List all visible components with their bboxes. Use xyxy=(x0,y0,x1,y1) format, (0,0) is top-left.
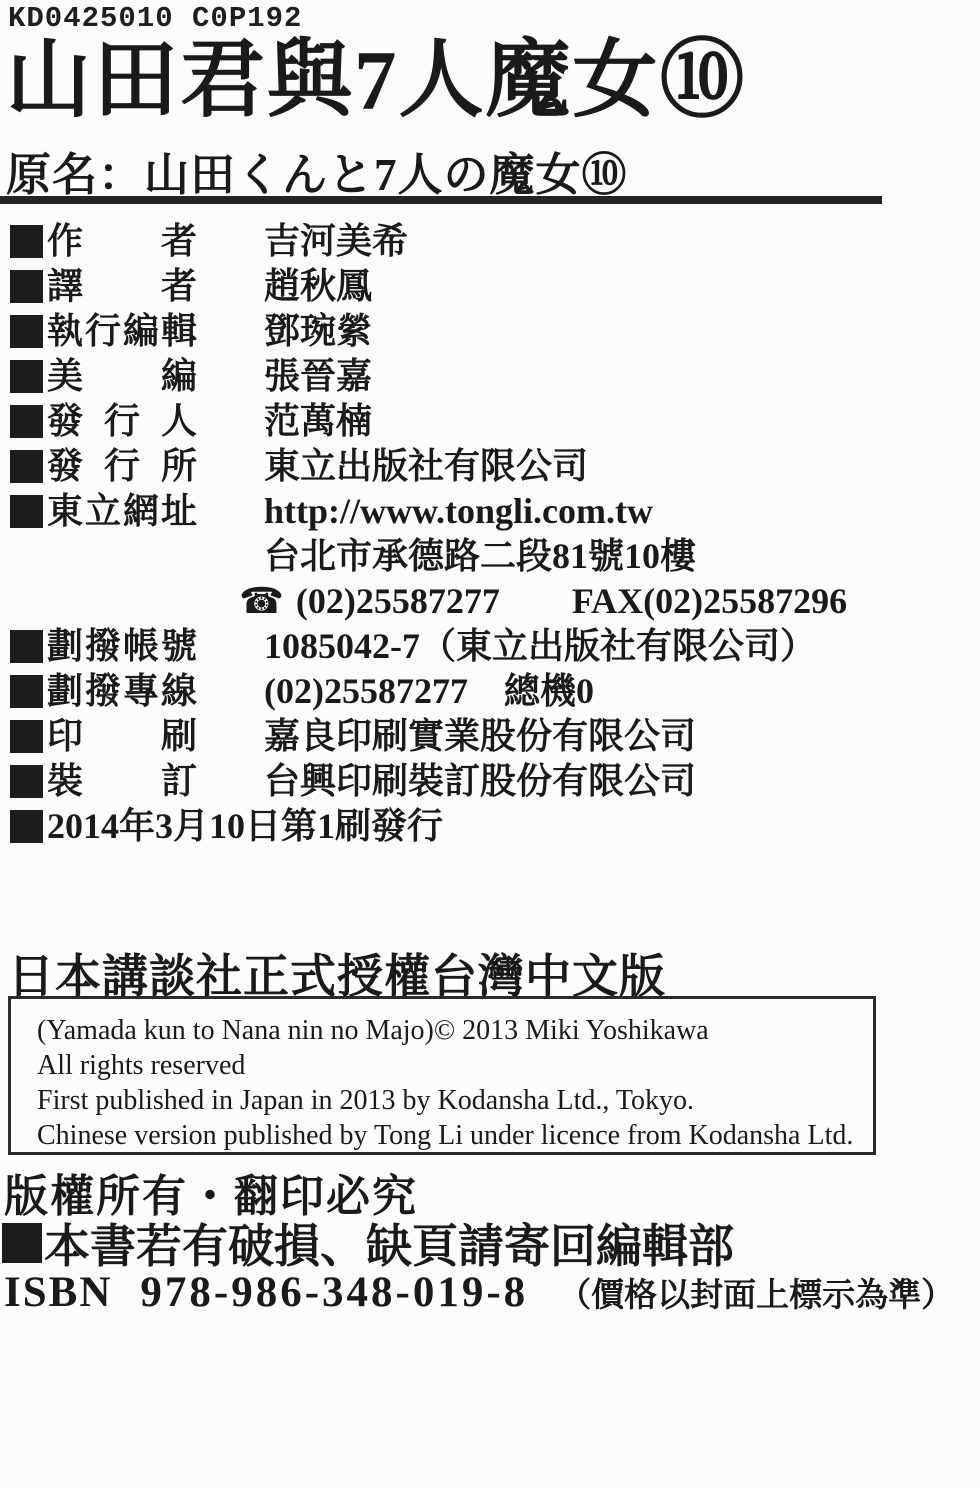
colophon-row-label: 作者 xyxy=(47,219,197,264)
colophon-row: 台北市承德路二段81號10樓 xyxy=(0,534,980,579)
colophon-row: 劃撥帳號 1085042-7（東立出版社有限公司） xyxy=(0,624,980,669)
black-square-bullet xyxy=(10,270,43,303)
black-square-bullet xyxy=(10,675,43,708)
black-square-bullet xyxy=(10,720,43,753)
return-notice-text: 本書若有破損、缺頁請寄回編輯部 xyxy=(44,1210,734,1276)
original-title: 原名：山田くんと7人の魔女⑩ xyxy=(6,138,628,203)
colophon-row-value: 趙秋鳳 xyxy=(264,264,372,309)
copyright-line: (Yamada kun to Nana nin no Majo)© 2013 M… xyxy=(37,1013,873,1048)
colophon-row: 印刷 嘉良印刷實業股份有限公司 xyxy=(0,714,980,759)
colophon-row-value-wrap: 范萬楠 xyxy=(264,399,372,444)
isbn-number: 978-986-348-019-8 xyxy=(140,1268,528,1317)
colophon-row: 東立網址 http://www.tongli.com.tw xyxy=(0,489,980,534)
title-divider xyxy=(0,196,882,204)
telephone-icon: ☎ xyxy=(239,584,284,620)
black-square-bullet xyxy=(10,360,43,393)
black-square-bullet xyxy=(10,630,43,663)
colophon-row: 執行編輯 鄧琬縈 xyxy=(0,309,980,354)
colophon-row-value-wrap: ☎ (02)25587277 FAX(02)25587296 xyxy=(239,579,847,624)
colophon-row-value: 嘉良印刷實業股份有限公司 xyxy=(264,714,696,759)
colophon-row-value: 張晉嘉 xyxy=(264,354,372,399)
copyright-box: (Yamada kun to Nana nin no Majo)© 2013 M… xyxy=(8,996,876,1155)
black-square-bullet xyxy=(10,450,43,483)
black-square-bullet xyxy=(2,1223,42,1263)
colophon-row-value: 台興印刷裝訂股份有限公司 xyxy=(264,759,696,804)
colophon-row-label: 東立網址 xyxy=(47,489,197,534)
colophon-row-value-wrap: 1085042-7（東立出版社有限公司） xyxy=(264,624,816,669)
colophon-row-value-wrap: 台北市承德路二段81號10樓 xyxy=(264,534,696,579)
colophon-row-value: http://www.tongli.com.tw xyxy=(264,489,653,534)
colophon-row-value-wrap: 趙秋鳳 xyxy=(264,264,372,309)
colophon-row: 發行所 東立出版社有限公司 xyxy=(0,444,980,489)
colophon-row-value-wrap: 張晉嘉 xyxy=(264,354,372,399)
colophon-row-value: 1085042-7（東立出版社有限公司） xyxy=(264,624,816,669)
print-code: KD0425010 C0P192 xyxy=(8,2,302,35)
colophon-row: 裝訂 台興印刷裝訂股份有限公司 xyxy=(0,759,980,804)
colophon-row-label: 劃撥專線 xyxy=(47,669,197,714)
colophon-row: 發行人 范萬楠 xyxy=(0,399,980,444)
colophon-row-value: 吉河美希 xyxy=(264,219,408,264)
colophon-row: 譯者 趙秋鳳 xyxy=(0,264,980,309)
colophon-row: ☎ (02)25587277 FAX(02)25587296 xyxy=(0,579,980,624)
colophon-row-label: 裝訂 xyxy=(47,759,197,804)
colophon-table: 作者 吉河美希 譯者 趙秋鳳 執行編輯 鄧琬縈 美編 張晉嘉 發行人 xyxy=(0,219,980,804)
colophon-row-label: 美編 xyxy=(47,354,197,399)
colophon-row: 作者 吉河美希 xyxy=(0,219,980,264)
book-title: 山田君與7人魔女⑩ xyxy=(6,34,747,129)
colophon-row-label: 發行人 xyxy=(47,399,197,444)
colophon-row-label: 劃撥帳號 xyxy=(47,624,197,669)
copyright-line: First published in Japan in 2013 by Koda… xyxy=(37,1083,873,1118)
colophon-row-value: 台北市承德路二段81號10樓 xyxy=(264,534,696,579)
black-square-bullet xyxy=(10,315,43,348)
colophon-row-label: 執行編輯 xyxy=(47,309,197,354)
colophon-row-value-wrap: (02)25587277 總機0 xyxy=(264,669,594,714)
black-square-bullet xyxy=(10,810,43,843)
colophon-row-value-wrap: 東立出版社有限公司 xyxy=(264,444,588,489)
colophon-row-value-wrap: 嘉良印刷實業股份有限公司 xyxy=(264,714,696,759)
black-square-bullet xyxy=(10,405,43,438)
black-square-bullet xyxy=(10,225,43,258)
colophon-row-value: (02)25587277 FAX(02)25587296 xyxy=(296,579,847,624)
colophon-row: 美編 張晉嘉 xyxy=(0,354,980,399)
isbn-label: ISBN xyxy=(4,1268,112,1317)
black-square-bullet xyxy=(10,765,43,798)
colophon-row-value-wrap: 台興印刷裝訂股份有限公司 xyxy=(264,759,696,804)
colophon-row-label: 發行所 xyxy=(47,444,197,489)
first-printing-row: 2014年3月10日第1刷發行 xyxy=(0,804,980,849)
isbn-line: ISBN 978-986-348-019-8 （價格以封面上標示為準） xyxy=(4,1268,954,1317)
first-printing-text: 2014年3月10日第1刷發行 xyxy=(47,804,443,849)
colophon-row-value-wrap: http://www.tongli.com.tw xyxy=(264,489,653,534)
black-square-bullet xyxy=(10,495,43,528)
page-root: KD0425010 C0P192 山田君與7人魔女⑩ 原名：山田くんと7人の魔女… xyxy=(0,0,980,1488)
colophon-row-label: 譯者 xyxy=(47,264,197,309)
colophon-row-value: 范萬楠 xyxy=(264,399,372,444)
colophon-row-label: 印刷 xyxy=(47,714,197,759)
colophon-row-value: 鄧琬縈 xyxy=(264,309,372,354)
return-notice-row: 本書若有破損、缺頁請寄回編輯部 xyxy=(2,1210,734,1276)
colophon-row-value-wrap: 鄧琬縈 xyxy=(264,309,372,354)
colophon-row: 劃撥專線 (02)25587277 總機0 xyxy=(0,669,980,714)
copyright-line: All rights reserved xyxy=(37,1048,873,1083)
copyright-line: Chinese version published by Tong Li und… xyxy=(37,1118,873,1153)
price-note: （價格以封面上標示為準） xyxy=(558,1269,954,1316)
colophon-row-value: (02)25587277 總機0 xyxy=(264,669,594,714)
colophon-row-value-wrap: 吉河美希 xyxy=(264,219,408,264)
colophon-row-value: 東立出版社有限公司 xyxy=(264,444,588,489)
